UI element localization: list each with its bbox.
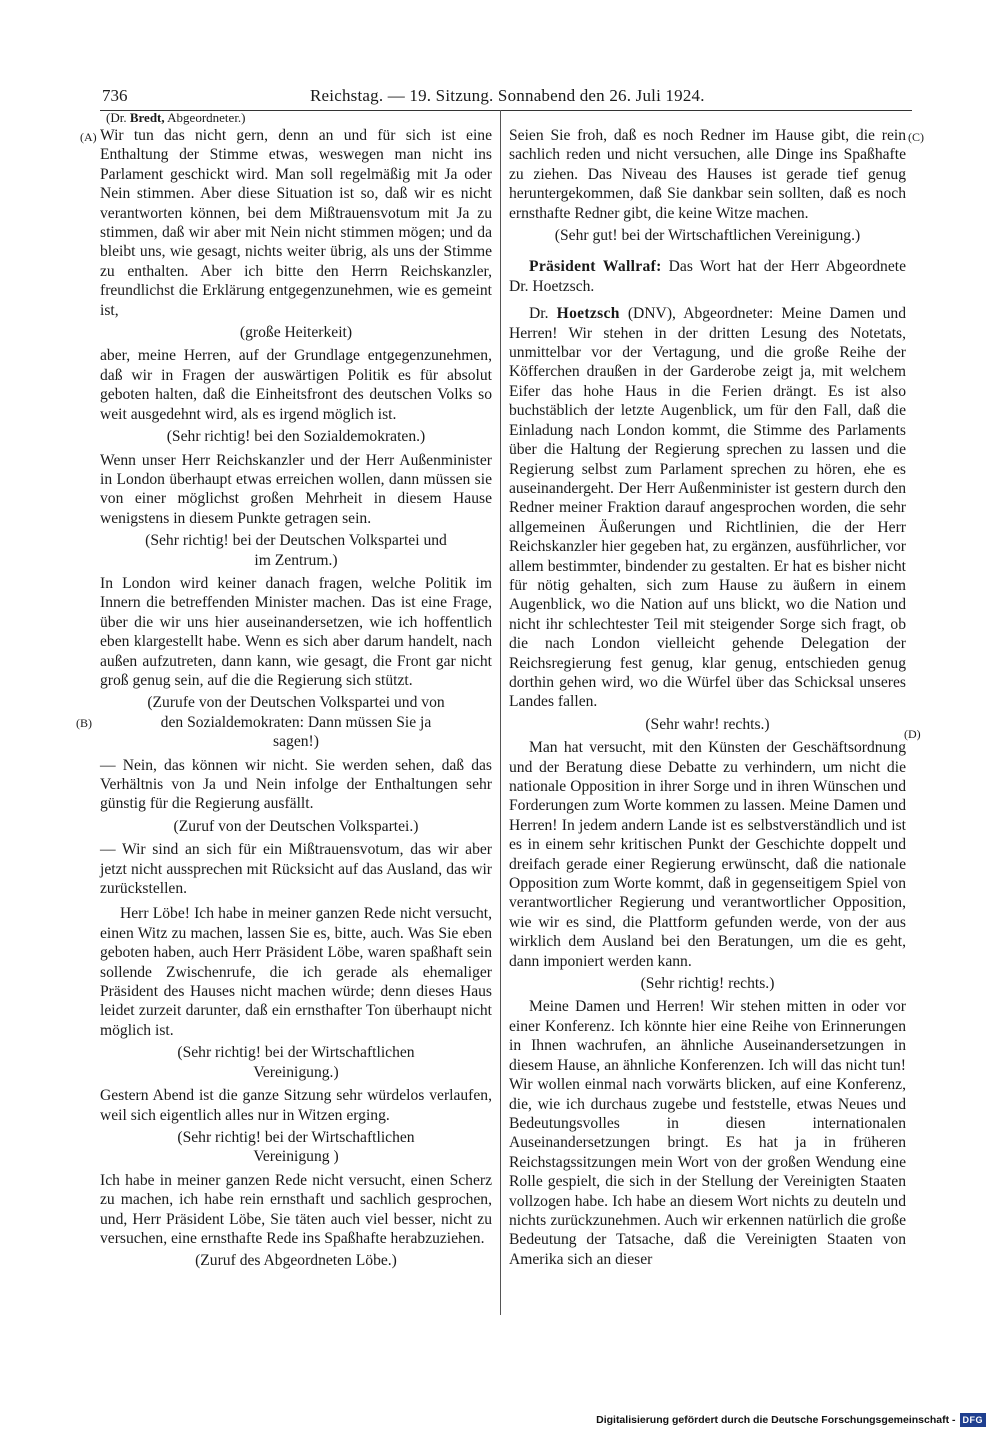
paragraph: Meine Damen und Herren! Wir stehen mitte… [509, 997, 906, 1269]
page-header: 736 Reichstag. — 19. Sitzung. Sonnabend … [100, 86, 912, 111]
speaker-name: Präsident Wallraf: [529, 258, 662, 275]
credit-text: Digitalisierung gefördert durch die Deut… [596, 1414, 955, 1426]
speaker-name: Bredt, [130, 110, 165, 125]
paragraph: Man hat versucht, mit den Künsten der Ge… [509, 738, 906, 971]
paragraph: aber, meine Herren, auf der Grundlage en… [100, 346, 492, 424]
interjection: (Zuruf von der Deutschen Volkspartei.) [100, 817, 492, 836]
margin-marker-a: (A) [80, 130, 97, 145]
interjection: (große Heiterkeit) [100, 323, 492, 342]
running-title: Reichstag. — 19. Sitzung. Sonnabend den … [310, 86, 705, 106]
speaker-name: Hoetzsch [557, 305, 620, 322]
paragraph: Wenn unser Herr Reichskanzler und der He… [100, 451, 492, 529]
paragraph: Wir tun das nicht gern, denn an und für … [100, 126, 492, 320]
paragraph: In London wird keiner danach fragen, wel… [100, 574, 492, 690]
interjection: (Sehr wahr! rechts.) [509, 715, 906, 734]
paragraph: — Nein, das können wir nicht. Sie werden… [100, 756, 492, 814]
column-divider [500, 110, 501, 1315]
interjection: (Sehr gut! bei der Wirtschaftlichen Vere… [509, 226, 906, 245]
paragraph: Herr Löbe! Ich habe in meiner ganzen Red… [100, 904, 492, 1040]
paragraph: Seien Sie froh, daß es noch Redner im Ha… [509, 126, 906, 223]
interjection: (Sehr richtig! bei der Wirtschaftlichen … [100, 1043, 492, 1082]
margin-marker-d: (D) [904, 727, 921, 742]
interjection: (Sehr richtig! bei den Sozialdemokraten.… [100, 427, 492, 446]
paragraph: — Wir sind an sich für ein Mißtrauensvot… [100, 840, 492, 898]
paragraph: Gestern Abend ist die ganze Sitzung sehr… [100, 1086, 492, 1125]
paragraph: Ich habe in meiner ganzen Rede nicht ver… [100, 1171, 492, 1249]
speech-opening: Dr. Hoetzsch (DNV), Abgeordneter: Meine … [509, 304, 906, 712]
page-number: 736 [102, 86, 128, 106]
president-statement: Präsident Wallraf: Das Wort hat der Herr… [509, 257, 906, 296]
margin-marker-b: (B) [76, 716, 92, 731]
left-column: Wir tun das nicht gern, denn an und für … [100, 126, 492, 1275]
dfg-logo-icon: DFG [960, 1413, 987, 1427]
interjection: (Sehr richtig! bei der Wirtschaftlichen … [100, 1128, 492, 1167]
interjection: (Sehr richtig! bei der Deutschen Volkspa… [100, 531, 492, 570]
interjection: (Sehr richtig! rechts.) [509, 974, 906, 993]
margin-marker-c: (C) [908, 130, 924, 145]
digitization-credit: Digitalisierung gefördert durch die Deut… [596, 1412, 986, 1428]
speaker-continuation-label: (Dr. Bredt, Abgeordneter.) [106, 110, 246, 126]
interjection: (Zuruf des Abgeordneten Löbe.) [100, 1251, 492, 1270]
right-column: Seien Sie froh, daß es noch Redner im Ha… [509, 126, 906, 1269]
interjection: (Zurufe von der Deutschen Volkspartei un… [100, 693, 492, 751]
